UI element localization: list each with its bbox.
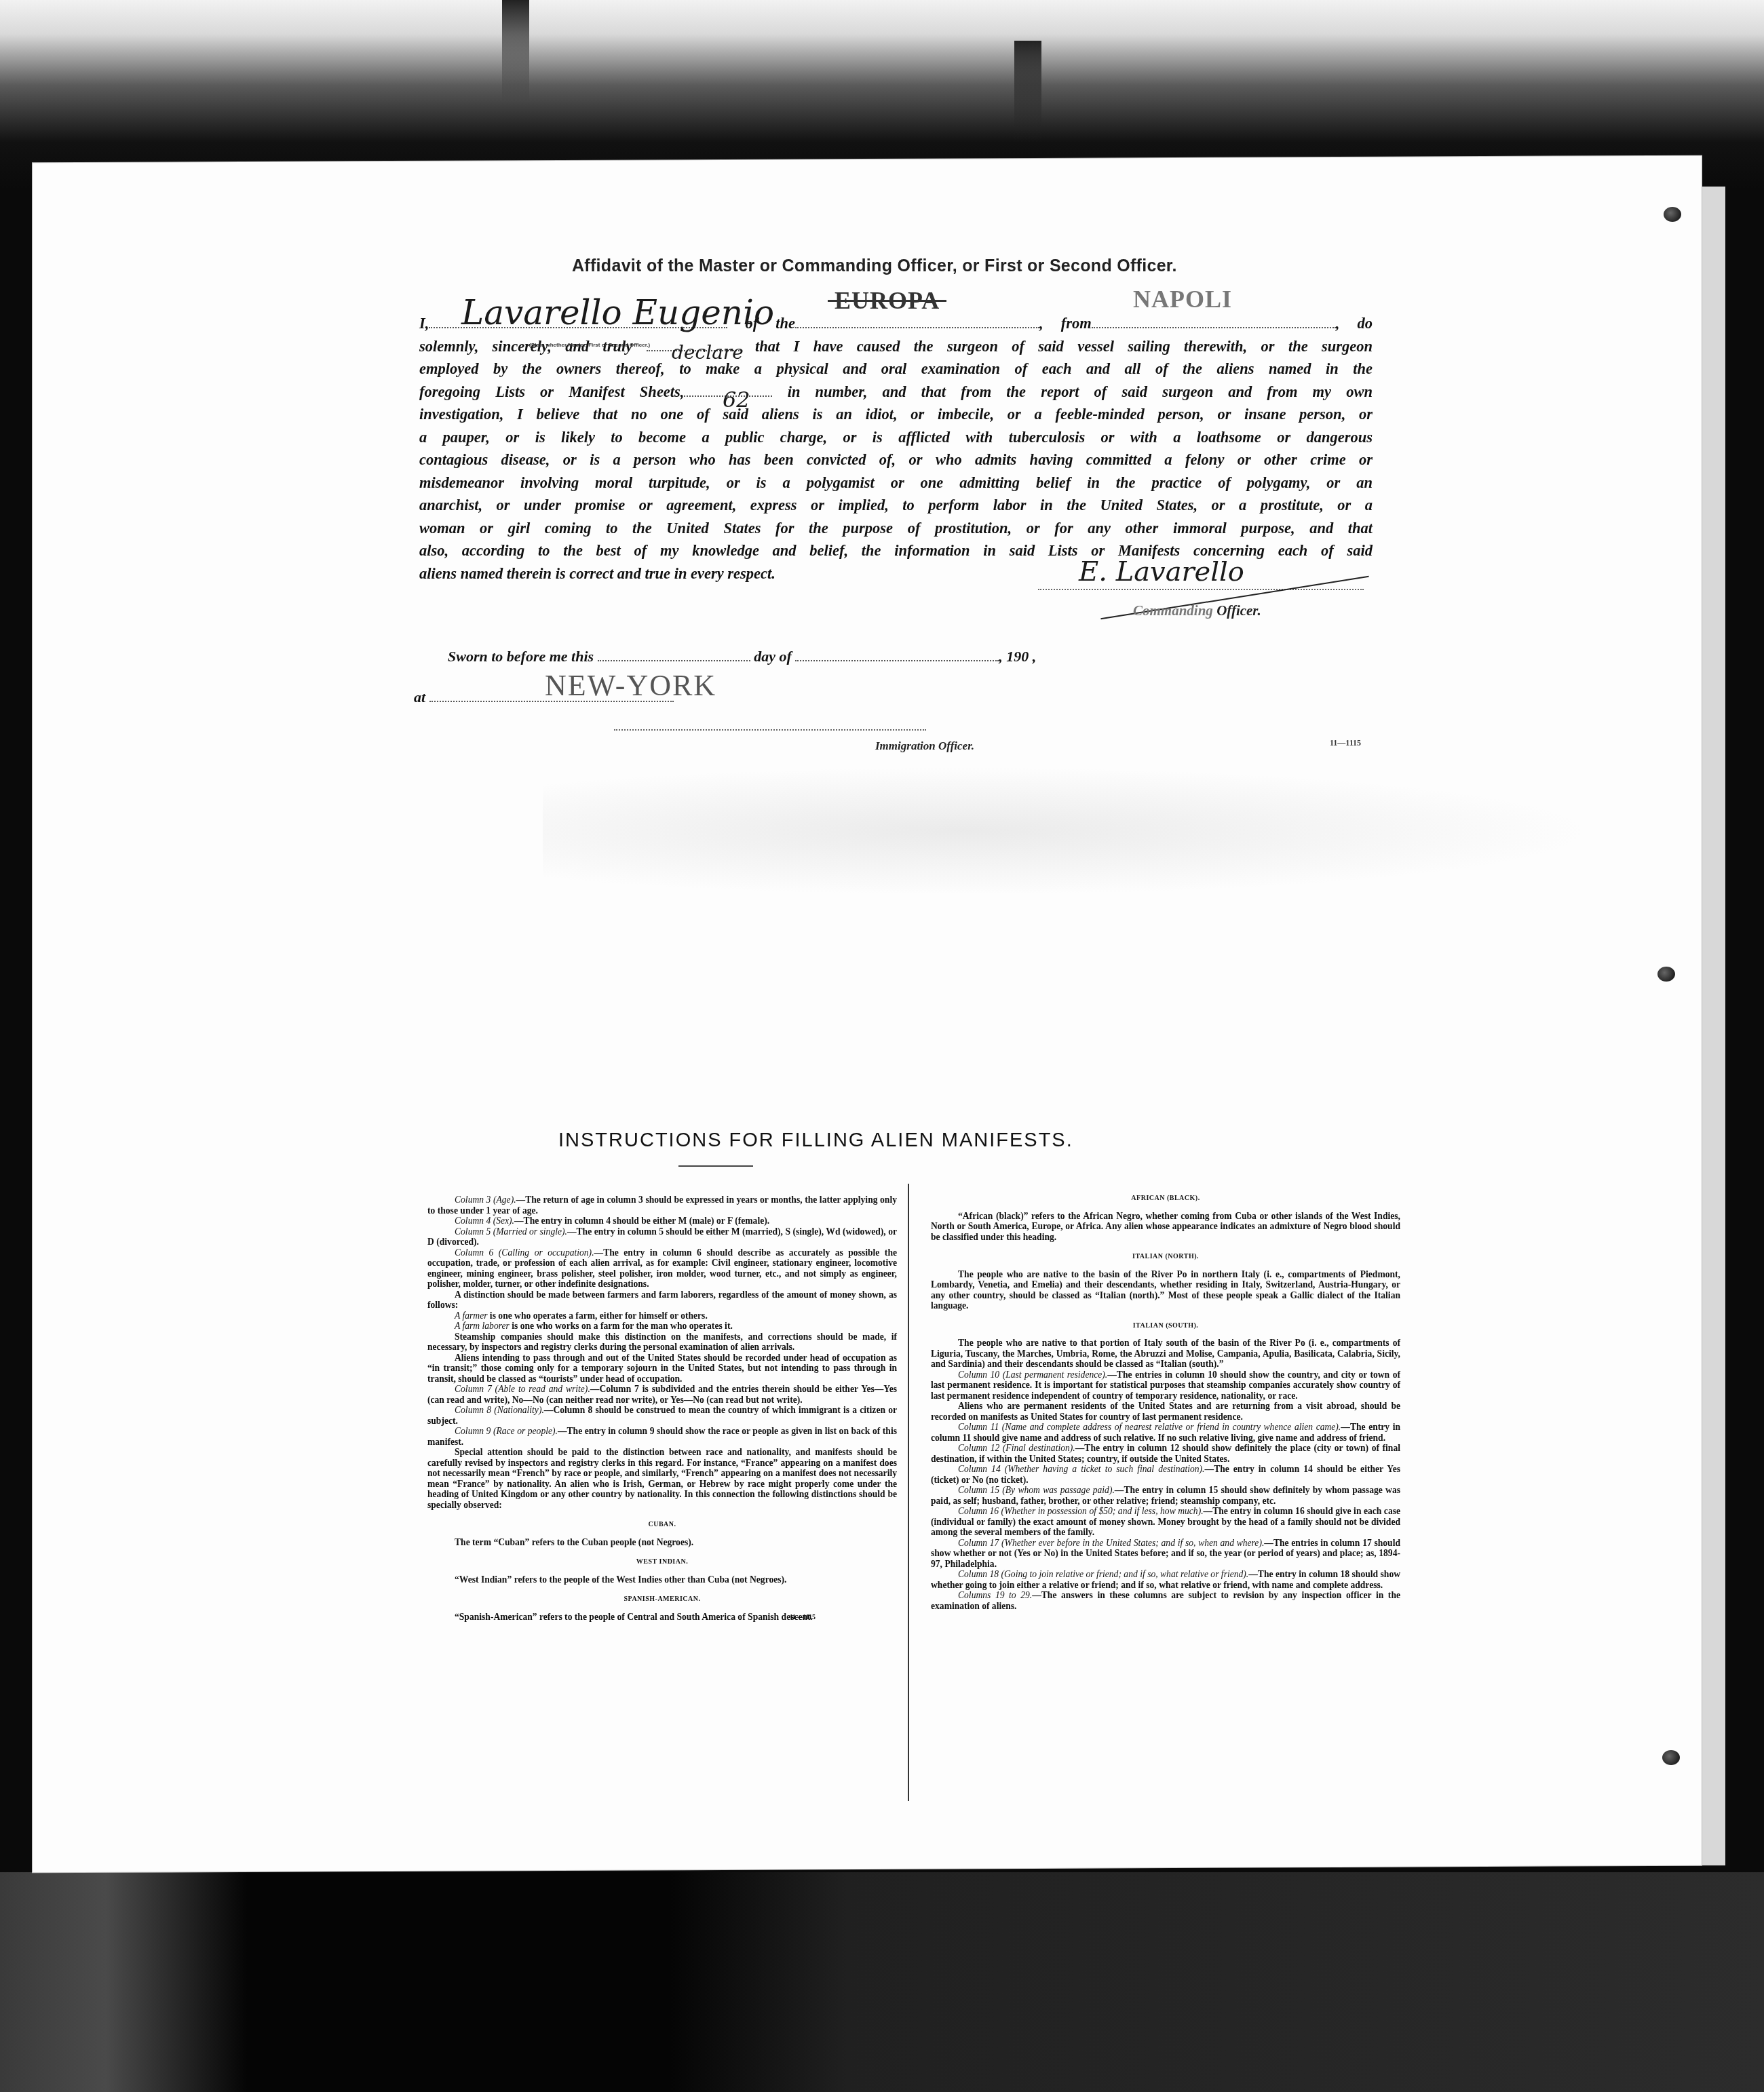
- instruction-paragraph: Column 18 (Going to join relative or fri…: [931, 1569, 1400, 1590]
- instruction-paragraph: Column 3 (Age).—The return of age in col…: [427, 1195, 897, 1216]
- instruction-paragraph: Column 9 (Race or people).—The entry in …: [427, 1426, 897, 1447]
- bleed-through-smudge: [543, 767, 1594, 895]
- instruction-paragraph: Special attention should be paid to the …: [427, 1447, 897, 1510]
- signature-line: [1038, 589, 1364, 590]
- vessel-stamp: EUROPA: [835, 286, 940, 315]
- affidavit-text: , do: [1336, 315, 1373, 332]
- column-label: Column 12 (Final destination).: [958, 1443, 1075, 1453]
- instruction-paragraph: A distinction should be made between far…: [427, 1290, 897, 1311]
- form-number: 11—1115: [1330, 738, 1361, 748]
- column-label: Column 3 (Age).: [455, 1195, 516, 1205]
- section-heading: ITALIAN (SOUTH).: [931, 1321, 1400, 1332]
- affidavit-text: in number, and that from the report of s…: [788, 383, 1373, 400]
- affidavit-text: that I have caused the surgeon of said v…: [755, 338, 1373, 355]
- instruction-paragraph: Column 4 (Sex).—The entry in column 4 sh…: [427, 1216, 897, 1226]
- instruction-text: Aliens who are permanent residents of th…: [931, 1401, 1400, 1422]
- instruction-paragraph: Column 7 (Able to read and write).—Colum…: [427, 1384, 897, 1405]
- affidavit-title: Affidavit of the Master or Commanding Of…: [572, 256, 1250, 276]
- section-text: The people who are native to the basin o…: [931, 1269, 1400, 1311]
- affidavit-line: contagious disease, or is a person who h…: [419, 448, 1373, 471]
- affidavit-line: employed by the owners thereof, to make …: [419, 357, 1373, 381]
- instructions-title: INSTRUCTIONS FOR FILLING ALIEN MANIFESTS…: [558, 1129, 1291, 1152]
- column-label: Column 4 (Sex).: [455, 1216, 514, 1226]
- sworn-month-field[interactable]: [795, 660, 999, 661]
- instruction-text: is one who operates a farm, either for h…: [487, 1311, 707, 1321]
- instructions-left-column: Column 3 (Age).—The return of age in col…: [427, 1184, 897, 1623]
- column-label: Column 17 (Whether ever before in the Un…: [958, 1538, 1264, 1548]
- handwritten-officer-name: Lavarello Eugenio: [461, 293, 774, 332]
- section-text: “Spanish-American” refers to the people …: [427, 1612, 897, 1623]
- instruction-text: Special attention should be paid to the …: [427, 1447, 897, 1510]
- column-label: A farmer: [455, 1311, 487, 1321]
- affidavit-line: foregoing Lists or Manifest Sheets, in n…: [419, 381, 1373, 404]
- section-heading: WEST INDIAN.: [427, 1557, 897, 1568]
- section-heading: CUBAN.: [427, 1519, 897, 1530]
- instruction-paragraph: Column 10 (Last permanent residence).—Th…: [931, 1370, 1400, 1401]
- affidavit-text: foregoing Lists or Manifest Sheets,: [419, 383, 684, 400]
- instruction-text: Steamship companies should make this dis…: [427, 1332, 897, 1353]
- instruction-paragraph: Aliens intending to pass through and out…: [427, 1353, 897, 1384]
- port-field[interactable]: [1092, 327, 1336, 328]
- instruction-paragraph: Column 15 (By whom was passage paid).—Th…: [931, 1485, 1400, 1506]
- section-text: The people who are native to that portio…: [931, 1338, 1400, 1370]
- affidavit-line: anarchist, or under promise or agreement…: [419, 494, 1373, 517]
- column-label: Column 18 (Going to join relative or fri…: [958, 1569, 1248, 1579]
- instruction-paragraph: Column 12 (Final destination).—The entry…: [931, 1443, 1400, 1464]
- binder-clip-shadow: [502, 0, 529, 102]
- officer-role-note: (State whether Master, First or Second O…: [529, 342, 650, 348]
- affidavit-line: a pauper, or is likely to become a publi…: [419, 426, 1373, 449]
- punch-hole-icon: [1662, 1750, 1680, 1765]
- section-text: “African (black)” refers to the African …: [931, 1211, 1400, 1243]
- at-label: at: [414, 689, 425, 705]
- sworn-text: Sworn to before me this: [448, 648, 594, 665]
- sworn-text: day of: [754, 648, 792, 665]
- column-label: A farm laborer: [455, 1321, 510, 1331]
- column-label: Column 8 (Nationality).: [455, 1405, 544, 1415]
- instruction-paragraph: Column 16 (Whether in possession of $50;…: [931, 1506, 1400, 1538]
- column-label: Column 15 (By whom was passage paid).: [958, 1485, 1115, 1495]
- port-stamp: NAPOLI: [1133, 285, 1232, 313]
- column-label: Column 7 (Able to read and write).: [455, 1384, 590, 1394]
- binder-clip-shadow: [1014, 41, 1041, 142]
- instruction-paragraph: Steamship companies should make this dis…: [427, 1332, 897, 1353]
- struck-title: Commanding: [1133, 602, 1213, 619]
- instruction-paragraph: Column 17 (Whether ever before in the Un…: [931, 1538, 1400, 1570]
- instruction-paragraph: Columns 19 to 29.—The answers in these c…: [931, 1590, 1400, 1611]
- column-label: Column 14 (Whether having a ticket to su…: [958, 1464, 1205, 1474]
- immigration-officer-label: Immigration Officer.: [875, 739, 974, 753]
- title-rule: [678, 1165, 753, 1167]
- column-label: Column 6 (Calling or occupation).: [455, 1247, 594, 1258]
- affidavit-text: I,: [419, 315, 429, 332]
- instruction-text: is one who works on a farm for the man w…: [510, 1321, 733, 1331]
- section-heading: ITALIAN (NORTH).: [931, 1252, 1400, 1262]
- column-label: Column 10 (Last permanent residence).: [958, 1370, 1107, 1380]
- vessel-field[interactable]: [795, 327, 1039, 328]
- affidavit-line: woman or girl coming to the United State…: [419, 517, 1373, 540]
- column-label: Column 9 (Race or people).: [455, 1426, 558, 1436]
- sworn-line: Sworn to before me this day of , 190 ,: [448, 648, 1036, 665]
- affidavit-line: misdemeanor involving moral turpitude, o…: [419, 471, 1373, 495]
- instructions-right-column: AFRICAN (BLACK).“African (black)” refers…: [931, 1184, 1400, 1611]
- signature-title: Commanding Officer.: [1133, 602, 1261, 619]
- section-heading: SPANISH-AMERICAN.: [427, 1594, 897, 1605]
- handwritten-declare: declare: [672, 341, 744, 364]
- instruction-text: —The entry in column 4 should be either …: [514, 1216, 769, 1226]
- instruction-paragraph: Column 11 (Name and complete address of …: [931, 1422, 1400, 1443]
- column-label: Columns 19 to 29.: [958, 1590, 1032, 1600]
- instruction-paragraph: A farm laborer is one who works on a far…: [427, 1321, 897, 1332]
- column-label: Column 11 (Name and complete address of …: [958, 1422, 1341, 1432]
- instruction-paragraph: Column 14 (Whether having a ticket to su…: [931, 1464, 1400, 1485]
- punch-hole-icon: [1664, 207, 1681, 222]
- instruction-paragraph: A farmer is one who operates a farm, eit…: [427, 1311, 897, 1321]
- immigration-officer-signature-line: [614, 729, 926, 731]
- scanner-background-bottom: [0, 1872, 1764, 2092]
- sworn-year: , 190 ,: [999, 648, 1036, 665]
- instruction-text: A distinction should be made between far…: [427, 1290, 897, 1311]
- instruction-text: Aliens intending to pass through and out…: [427, 1353, 897, 1384]
- handwritten-sheet-count: 62: [723, 387, 750, 412]
- instruction-paragraph: Column 6 (Calling or occupation).—The en…: [427, 1247, 897, 1290]
- sworn-day-field[interactable]: [598, 660, 750, 661]
- section-text: The term “Cuban” refers to the Cuban peo…: [427, 1537, 897, 1548]
- section-text: “West Indian” refers to the people of th…: [427, 1574, 897, 1585]
- affidavit-text: , from: [1039, 315, 1092, 332]
- instruction-paragraph: Column 8 (Nationality).—Column 8 should …: [427, 1405, 897, 1426]
- instruction-paragraph: Column 5 (Married or single).—The entry …: [427, 1226, 897, 1247]
- place-stamp: NEW-YORK: [545, 668, 716, 703]
- title-suffix: Officer.: [1216, 602, 1261, 619]
- punch-hole-icon: [1657, 967, 1675, 982]
- handwritten-signature: E. Lavarello: [1079, 556, 1244, 587]
- column-divider: [908, 1184, 909, 1801]
- column-label: Column 16 (Whether in possession of $50;…: [958, 1506, 1204, 1516]
- section-heading: AFRICAN (BLACK).: [931, 1193, 1400, 1204]
- instruction-paragraph: Aliens who are permanent residents of th…: [931, 1401, 1400, 1422]
- column-label: Column 5 (Married or single).: [455, 1226, 567, 1237]
- affidavit-body: I, of the, from, do solemnly, sincerely,…: [419, 312, 1373, 585]
- affidavit-line: investigation, I believe that no one of …: [419, 403, 1373, 426]
